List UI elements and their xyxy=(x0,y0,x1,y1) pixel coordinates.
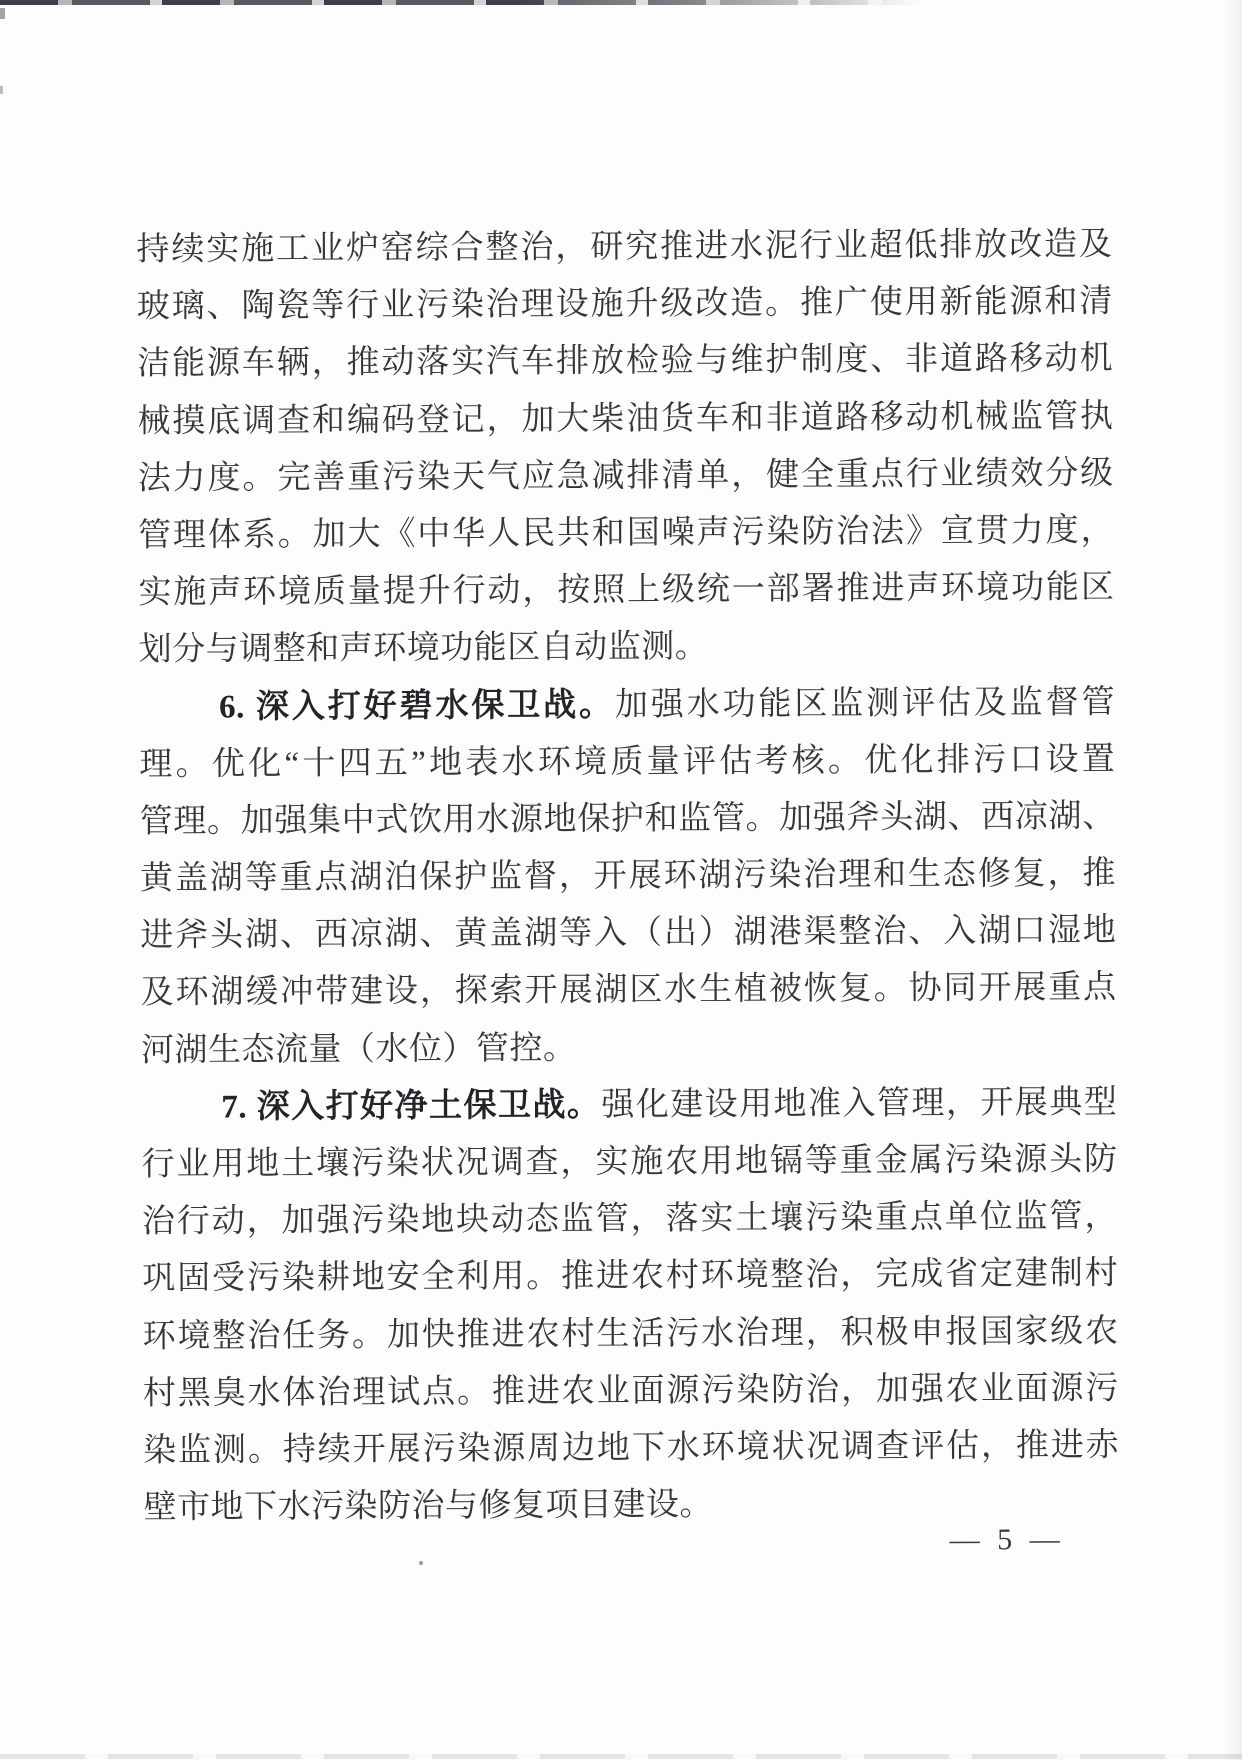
line-text: 强化建设用地准入管理，开展典型 xyxy=(601,1084,1117,1123)
text-line: 械摸底调查和编码登记，加大柴油货车和非道路移动机械监管执 xyxy=(137,388,1113,451)
text-line: 理。优化“十四五”地表水环境质量评估考核。优化排污口设置 xyxy=(139,731,1115,794)
text-line: 法力度。完善重污染天气应急减排清单，健全重点行业绩效分级 xyxy=(138,445,1114,508)
text-line: 玻璃、陶瓷等行业污染治理设施升级改造。推广使用新能源和清 xyxy=(137,274,1113,337)
text-line: 治行动，加强污染地块动态监管，落实土壤污染重点单位监管， xyxy=(142,1189,1118,1252)
text-line: 村黑臭水体治理试点。推进农业面源污染防治，加强农业面源污 xyxy=(143,1360,1119,1423)
line-text: 械摸底调查和编码登记，加大柴油货车和非道路移动机械监管执 xyxy=(137,398,1113,439)
document-body: 持续实施工业炉窑综合整治，研究推进水泥行业超低排放改造及 玻璃、陶瓷等行业污染治… xyxy=(136,217,1119,1538)
text-line: 实施声环境质量提升行动，按照上级统一部署推进声环境功能区 xyxy=(138,560,1114,623)
text-line: 进斧头湖、西凉湖、黄盖湖等入（出）湖港渠整治、入湖口湿地 xyxy=(140,903,1116,966)
line-text: 及环湖缓冲带建设，探索开展湖区水生植被恢复。协同开展重点 xyxy=(141,970,1117,1011)
scan-artifact-top-edge xyxy=(0,0,940,5)
line-text: 管理体系。加大《中华人民共和国噪声污染防治法》宣贯力度， xyxy=(138,512,1114,553)
page-number: — 5 — xyxy=(950,1523,1065,1558)
line-text: 河湖生态流量（水位）管控。 xyxy=(141,1030,577,1068)
line-text: 理。优化“十四五”地表水环境质量评估考核。优化排污口设置 xyxy=(139,741,1115,782)
document-page: 持续实施工业炉窑综合整治，研究推进水泥行业超低排放改造及 玻璃、陶瓷等行业污染治… xyxy=(0,0,1242,1760)
text-line: 河湖生态流量（水位）管控。 xyxy=(141,1017,1117,1080)
scan-artifact-speck xyxy=(0,8,5,19)
section-heading: 7. 深入打好净土保卫战。 xyxy=(221,1087,601,1125)
text-line: 管理。加强集中式饮用水源地保护和监管。加强斧头湖、西凉湖、 xyxy=(140,788,1116,851)
line-text: 法力度。完善重污染天气应急减排清单，健全重点行业绩效分级 xyxy=(138,455,1114,496)
line-text: 加强水功能区监测评估及监督管 xyxy=(615,684,1115,723)
section-heading: 6. 深入打好碧水保卫战。 xyxy=(219,687,615,725)
line-text: 行业用地土壤污染状况调查，实施农用地镉等重金属污染源头防 xyxy=(141,1142,1117,1183)
scan-artifact-speck xyxy=(0,86,3,94)
line-text: 洁能源车辆，推动落实汽车排放检验与维护制度、非道路移动机 xyxy=(137,341,1113,382)
scan-artifact-speck xyxy=(419,1561,423,1565)
text-line: 巩固受污染耕地安全利用。推进农村环境整治，完成省定建制村 xyxy=(142,1246,1118,1309)
line-text: 持续实施工业炉窑综合整治，研究推进水泥行业超低排放改造及 xyxy=(136,227,1112,268)
text-line: 行业用地土壤污染状况调查，实施农用地镉等重金属污染源头防 xyxy=(141,1132,1117,1195)
scan-artifact-right-shade xyxy=(1224,0,1242,1760)
line-text: 进斧头湖、西凉湖、黄盖湖等入（出）湖港渠整治、入湖口湿地 xyxy=(140,913,1116,954)
line-text: 管理。加强集中式饮用水源地保护和监管。加强斧头湖、西凉湖、 xyxy=(140,798,1116,839)
text-line: 持续实施工业炉窑综合整治，研究推进水泥行业超低排放改造及 xyxy=(136,217,1112,280)
line-text: 治行动，加强污染地块动态监管，落实土壤污染重点单位监管， xyxy=(142,1199,1118,1240)
scan-artifact-bottom-edge xyxy=(0,1754,1242,1759)
text-line: 黄盖湖等重点湖泊保护监督，开展环湖污染治理和生态修复，推 xyxy=(140,846,1116,909)
line-text: 实施声环境质量提升行动，按照上级统一部署推进声环境功能区 xyxy=(138,570,1114,611)
line-text: 村黑臭水体治理试点。推进农业面源污染防治，加强农业面源污 xyxy=(143,1370,1119,1411)
line-text: 巩固受污染耕地安全利用。推进农村环境整治，完成省定建制村 xyxy=(142,1256,1118,1297)
text-line: 7. 深入打好净土保卫战。强化建设用地准入管理，开展典型 xyxy=(141,1074,1117,1137)
line-text: 壁市地下水污染防治与修复项目建设。 xyxy=(143,1487,713,1526)
text-line: 洁能源车辆，推动落实汽车排放检验与维护制度、非道路移动机 xyxy=(137,331,1113,394)
line-text: 环境整治任务。加快推进农村生活污水治理，积极申报国家级农 xyxy=(142,1313,1118,1354)
text-line: 6. 深入打好碧水保卫战。加强水功能区监测评估及监督管 xyxy=(139,674,1115,737)
text-line: 染监测。持续开展污染源周边地下水环境状况调查评估，推进赤 xyxy=(143,1417,1119,1480)
text-line: 环境整治任务。加快推进农村生活污水治理，积极申报国家级农 xyxy=(142,1303,1118,1366)
text-line: 管理体系。加大《中华人民共和国噪声污染防治法》宣贯力度， xyxy=(138,502,1114,565)
line-text: 划分与调整和声环境功能区自动监测。 xyxy=(139,629,709,668)
line-text: 染监测。持续开展污染源周边地下水环境状况调查评估，推进赤 xyxy=(143,1427,1119,1468)
line-text: 黄盖湖等重点湖泊保护监督，开展环湖污染治理和生态修复，推 xyxy=(140,856,1116,897)
text-line: 及环湖缓冲带建设，探索开展湖区水生植被恢复。协同开展重点 xyxy=(140,960,1116,1023)
text-line: 划分与调整和声环境功能区自动监测。 xyxy=(139,617,1115,680)
line-text: 玻璃、陶瓷等行业污染治理设施升级改造。推广使用新能源和清 xyxy=(137,284,1113,325)
